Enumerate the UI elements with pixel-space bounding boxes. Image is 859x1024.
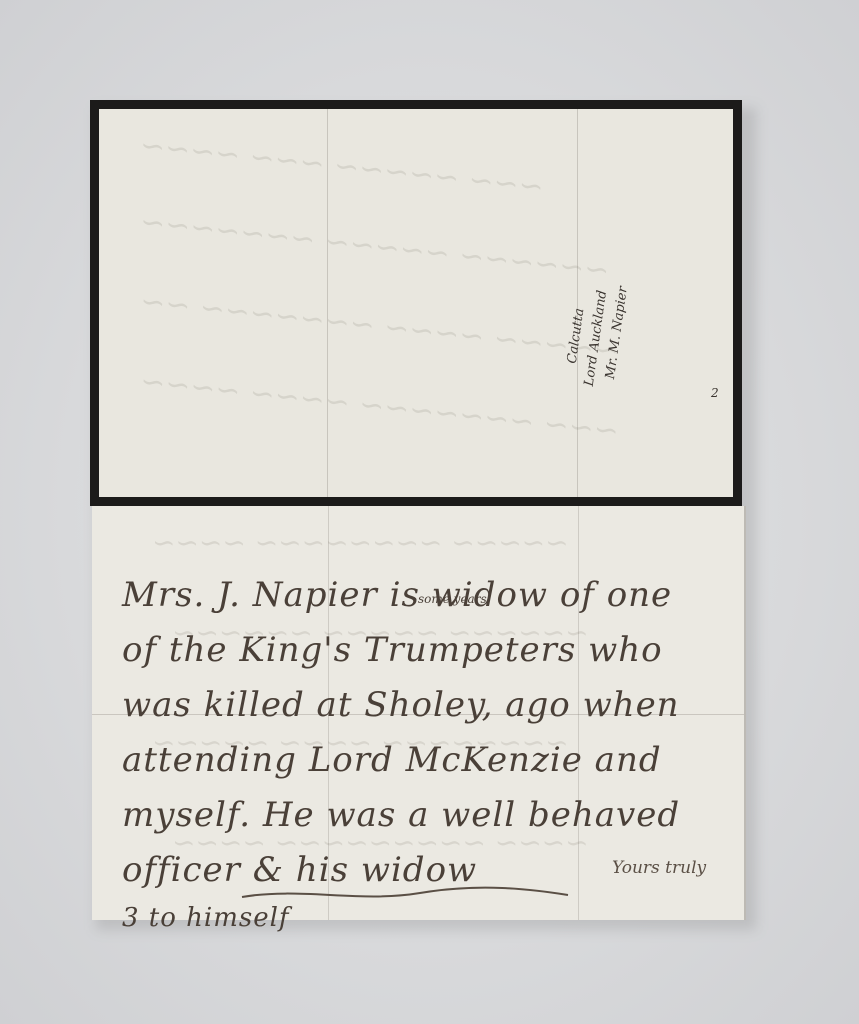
show-through-text: ~~~~~~ ~~~~~ ~~~~~~~ — [138, 204, 611, 288]
letter-line: attending Lord McKenzie and — [122, 733, 742, 788]
mourning-border-panel: ~~~ ~~~~~ ~~~ ~~~~ ~~~~~~ ~~~~~ ~~~~~~~ … — [90, 100, 742, 506]
show-through-text: ~~~~~ ~~~~~~~~ ~~~~ — [152, 526, 569, 559]
interlinear-insertion: some years — [418, 592, 487, 606]
letter-line: of the King's Trumpeters who — [122, 623, 742, 678]
show-through-text: ~~~ ~~~~~ ~~~ ~~~~ — [138, 128, 545, 205]
closing-signature: Yours truly — [612, 858, 706, 878]
page-number: 2 — [711, 386, 719, 400]
pen-flourish-icon — [240, 885, 570, 905]
letter-line: was killed at Sholey, ago when — [122, 678, 742, 733]
letter-text: Mrs. J. Napier is widow of one of the Ki… — [122, 568, 742, 938]
show-through-text: ~~~ ~~~~~~~ ~~~~ ~~~~ — [138, 364, 620, 449]
show-through-text: ~~~~~ ~~~~ ~~~~~~~ ~~ — [138, 284, 620, 369]
letter-line: myself. He was a well behaved — [122, 788, 742, 843]
